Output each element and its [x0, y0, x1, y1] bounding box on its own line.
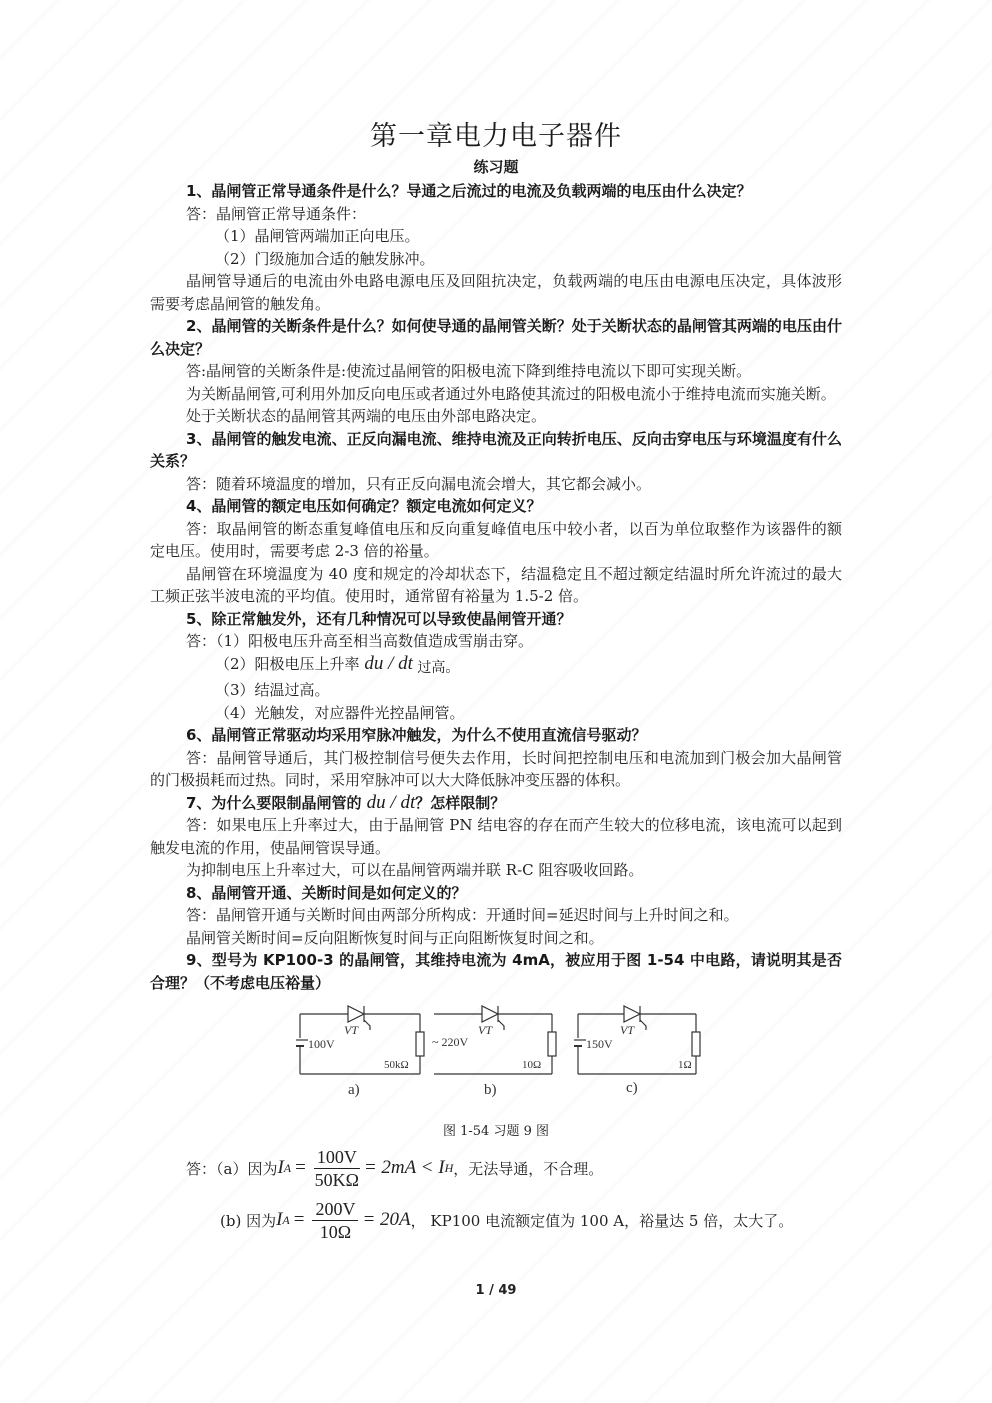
answer-suffix: ，无法导通，不合理。 — [453, 1158, 603, 1179]
device-label: VT — [344, 1023, 359, 1037]
circuit-diagram-c: VT 150V 1Ω c) — [574, 1002, 704, 1107]
question-3: 3、晶闸管的触发电流、正反向漏电流、维持电流及正向转折电压、反向击穿电压与环境温… — [150, 428, 842, 496]
device-label: VT — [620, 1023, 635, 1037]
question-text: 7、为什么要限制晶闸管的 du / dt？怎样限制？ — [150, 792, 842, 815]
resistor-label: 1Ω — [678, 1059, 692, 1071]
answer-suffix: ， KP100 电流额定值为 100 A，裕量达 5 倍，太大了。 — [411, 1210, 794, 1231]
answer-prefix: 答： — [186, 632, 216, 650]
answer-text: 答:晶闸管的关断条件是:使流过晶闸管的阳极电流下降到维持电流以下即可实现关断。 — [150, 360, 842, 383]
circuit-diagram-b: VT ~ 220V 10Ω b) — [432, 1002, 562, 1107]
math-result: = 20A — [362, 1209, 410, 1231]
answer-text: 晶闸管在环境温度为 40 度和规定的冷却状态下，结温稳定且不超过额定结温时所允许… — [150, 563, 842, 608]
question-text: 5、除正常触发外，还有几种情况可以导致使晶闸管开通？ — [150, 608, 842, 631]
document-page: 第一章电力电子器件 练习题 1、晶闸管正常导通条件是什么？导通之后流过的电流及负… — [150, 118, 842, 1246]
resistor-label: 10Ω — [522, 1059, 541, 1071]
fraction: 200V 10Ω — [312, 1198, 358, 1243]
page-number: 1 / 49 — [0, 1283, 992, 1298]
answer-item-text: （1）阳极电压升高至相当高数值造成雪崩击穿。 — [216, 632, 533, 650]
question-text: 2、晶闸管的关断条件是什么？如何使导通的晶闸管关断？处于关断状态的晶闸管其两端的… — [150, 315, 842, 360]
answer-text: 答：晶闸管开通与关断时间由两部分所构成：开通时间=延迟时间与上升时间之和。 — [150, 904, 842, 927]
answer-text: 为关断晶闸管,可利用外加反向电压或者通过外电路使其流过的阳极电流小于维持电流而实… — [150, 383, 842, 406]
figure-caption: 图 1-54 习题 9 图 — [150, 1122, 842, 1142]
question-text: 9、型号为 KP100-3 的晶闸管，其维持电流为 4mA，被应用于图 1-54… — [150, 949, 842, 994]
answer-text: 答：晶闸管导通后，其门极控制信号便失去作用，长时间把控制电压和电流加到门极会加大… — [150, 747, 842, 792]
answer-item: （2）门级施加合适的触发脉冲。 — [150, 248, 842, 271]
question-6: 6、晶闸管正常驱动均采用窄脉冲触发，为什么不使用直流信号驱动？ 答：晶闸管导通后… — [150, 724, 842, 792]
equals-sign: = — [294, 1209, 305, 1231]
math-subscript: A — [282, 1213, 289, 1228]
fraction-numerator: 100V — [314, 1146, 360, 1169]
page-subtitle: 练习题 — [150, 156, 842, 178]
math-subscript: A — [284, 1161, 291, 1176]
question-text: 6、晶闸管正常驱动均采用窄脉冲触发，为什么不使用直流信号驱动？ — [150, 724, 842, 747]
answer-item: 答：（1）阳极电压升高至相当高数值造成雪崩击穿。 — [150, 630, 842, 653]
answer-a: 答：（a）因为 IA = 100V 50KΩ = 2mA < IH ，无法导通，… — [150, 1142, 842, 1194]
question-1: 1、晶闸管正常导通条件是什么？导通之后流过的电流及负载两端的电压由什么决定？ 答… — [150, 180, 842, 315]
resistor-label: 50kΩ — [384, 1059, 409, 1071]
question-4: 4、晶闸管的额定电压如何确定？额定电流如何定义？ 答：取晶闸管的断态重复峰值电压… — [150, 495, 842, 608]
answer-text: 答：取晶闸管的断态重复峰值电压和反向重复峰值电压中较小者，以百为单位取整作为该器… — [150, 518, 842, 563]
source-label: 150V — [586, 1037, 613, 1051]
answer-item-text: （2）阳极电压上升率 — [215, 655, 364, 673]
answer-text: 晶闸管导通后的电流由外电路电源电压及回阻抗决定，负载两端的电压由电源电压决定，具… — [150, 270, 842, 315]
circuit-figure: VT 100V 50kΩ a) VT ~ — [150, 1002, 842, 1122]
circuit-label: c) — [626, 1080, 638, 1096]
answer-b: (b) 因为 IA = 200V 10Ω = 20A ， KP100 电流额定值… — [150, 1194, 842, 1246]
fraction-numerator: 200V — [312, 1198, 358, 1221]
question-text: 4、晶闸管的额定电压如何确定？额定电流如何定义？ — [150, 495, 842, 518]
math-subscript: H — [445, 1161, 454, 1176]
source-label: ~ 220V — [432, 1035, 468, 1049]
question-text-part: ？怎样限制？ — [415, 794, 505, 812]
answer-text: 处于关断状态的晶闸管其两端的电压由外部电路决定。 — [150, 405, 842, 428]
math-expression: du / dt — [367, 792, 416, 813]
answer-prefix: (b) 因为 — [220, 1210, 276, 1231]
fraction-denominator: 50KΩ — [315, 1169, 359, 1191]
source-label: 100V — [308, 1037, 335, 1051]
answer-text: 答：晶闸管正常导通条件： — [150, 203, 842, 226]
question-text: 8、晶闸管开通、关断时间是如何定义的？ — [150, 882, 842, 905]
math-result: = 2mA < I — [364, 1157, 445, 1179]
question-8: 8、晶闸管开通、关断时间是如何定义的？ 答：晶闸管开通与关断时间由两部分所构成：… — [150, 882, 842, 950]
answer-item: （3）结温过高。 — [150, 679, 842, 702]
page-title: 第一章电力电子器件 — [150, 118, 842, 156]
answer-item: （4）光触发，对应器件光控晶闸管。 — [150, 702, 842, 725]
math-expression: du / dt — [364, 653, 413, 674]
circuit-diagram-a: VT 100V 50kΩ a) — [296, 1002, 426, 1107]
answer-text: 答：如果电压上升率过大，由于晶闸管 PN 结电容的存在而产生较大的位移电流，该电… — [150, 814, 842, 859]
answer-item-text: 过高。 — [413, 660, 459, 676]
question-7: 7、为什么要限制晶闸管的 du / dt？怎样限制？ 答：如果电压上升率过大，由… — [150, 792, 842, 882]
fraction-denominator: 10Ω — [320, 1221, 351, 1243]
circuit-label: b) — [484, 1082, 497, 1098]
fraction: 100V 50KΩ — [314, 1146, 360, 1191]
question-2: 2、晶闸管的关断条件是什么？如何使导通的晶闸管关断？处于关断状态的晶闸管其两端的… — [150, 315, 842, 428]
question-5: 5、除正常触发外，还有几种情况可以导致使晶闸管开通？ 答：（1）阳极电压升高至相… — [150, 608, 842, 725]
question-9: 9、型号为 KP100-3 的晶闸管，其维持电流为 4mA，被应用于图 1-54… — [150, 949, 842, 1246]
question-text-part: 7、为什么要限制晶闸管的 — [186, 794, 367, 812]
equals-sign: = — [295, 1157, 306, 1179]
question-text: 1、晶闸管正常导通条件是什么？导通之后流过的电流及负载两端的电压由什么决定？ — [150, 180, 842, 203]
answer-prefix: 答：（a）因为 — [186, 1158, 277, 1179]
circuit-label: a) — [348, 1082, 360, 1098]
answer-text: 为抑制电压上升率过大，可以在晶闸管两端并联 R-C 阻容吸收回路。 — [150, 859, 842, 882]
answer-text: 答：随着环境温度的增加，只有正反向漏电流会增大，其它都会减小。 — [150, 473, 842, 496]
answer-item: （1）晶闸管两端加正向电压。 — [150, 225, 842, 248]
question-text: 3、晶闸管的触发电流、正反向漏电流、维持电流及正向转折电压、反向击穿电压与环境温… — [150, 428, 842, 473]
answer-text: 晶闸管关断时间=反向阻断恢复时间与正向阻断恢复时间之和。 — [150, 927, 842, 950]
device-label: VT — [478, 1023, 493, 1037]
answer-item: （2）阳极电压上升率 du / dt 过高。 — [150, 653, 842, 680]
